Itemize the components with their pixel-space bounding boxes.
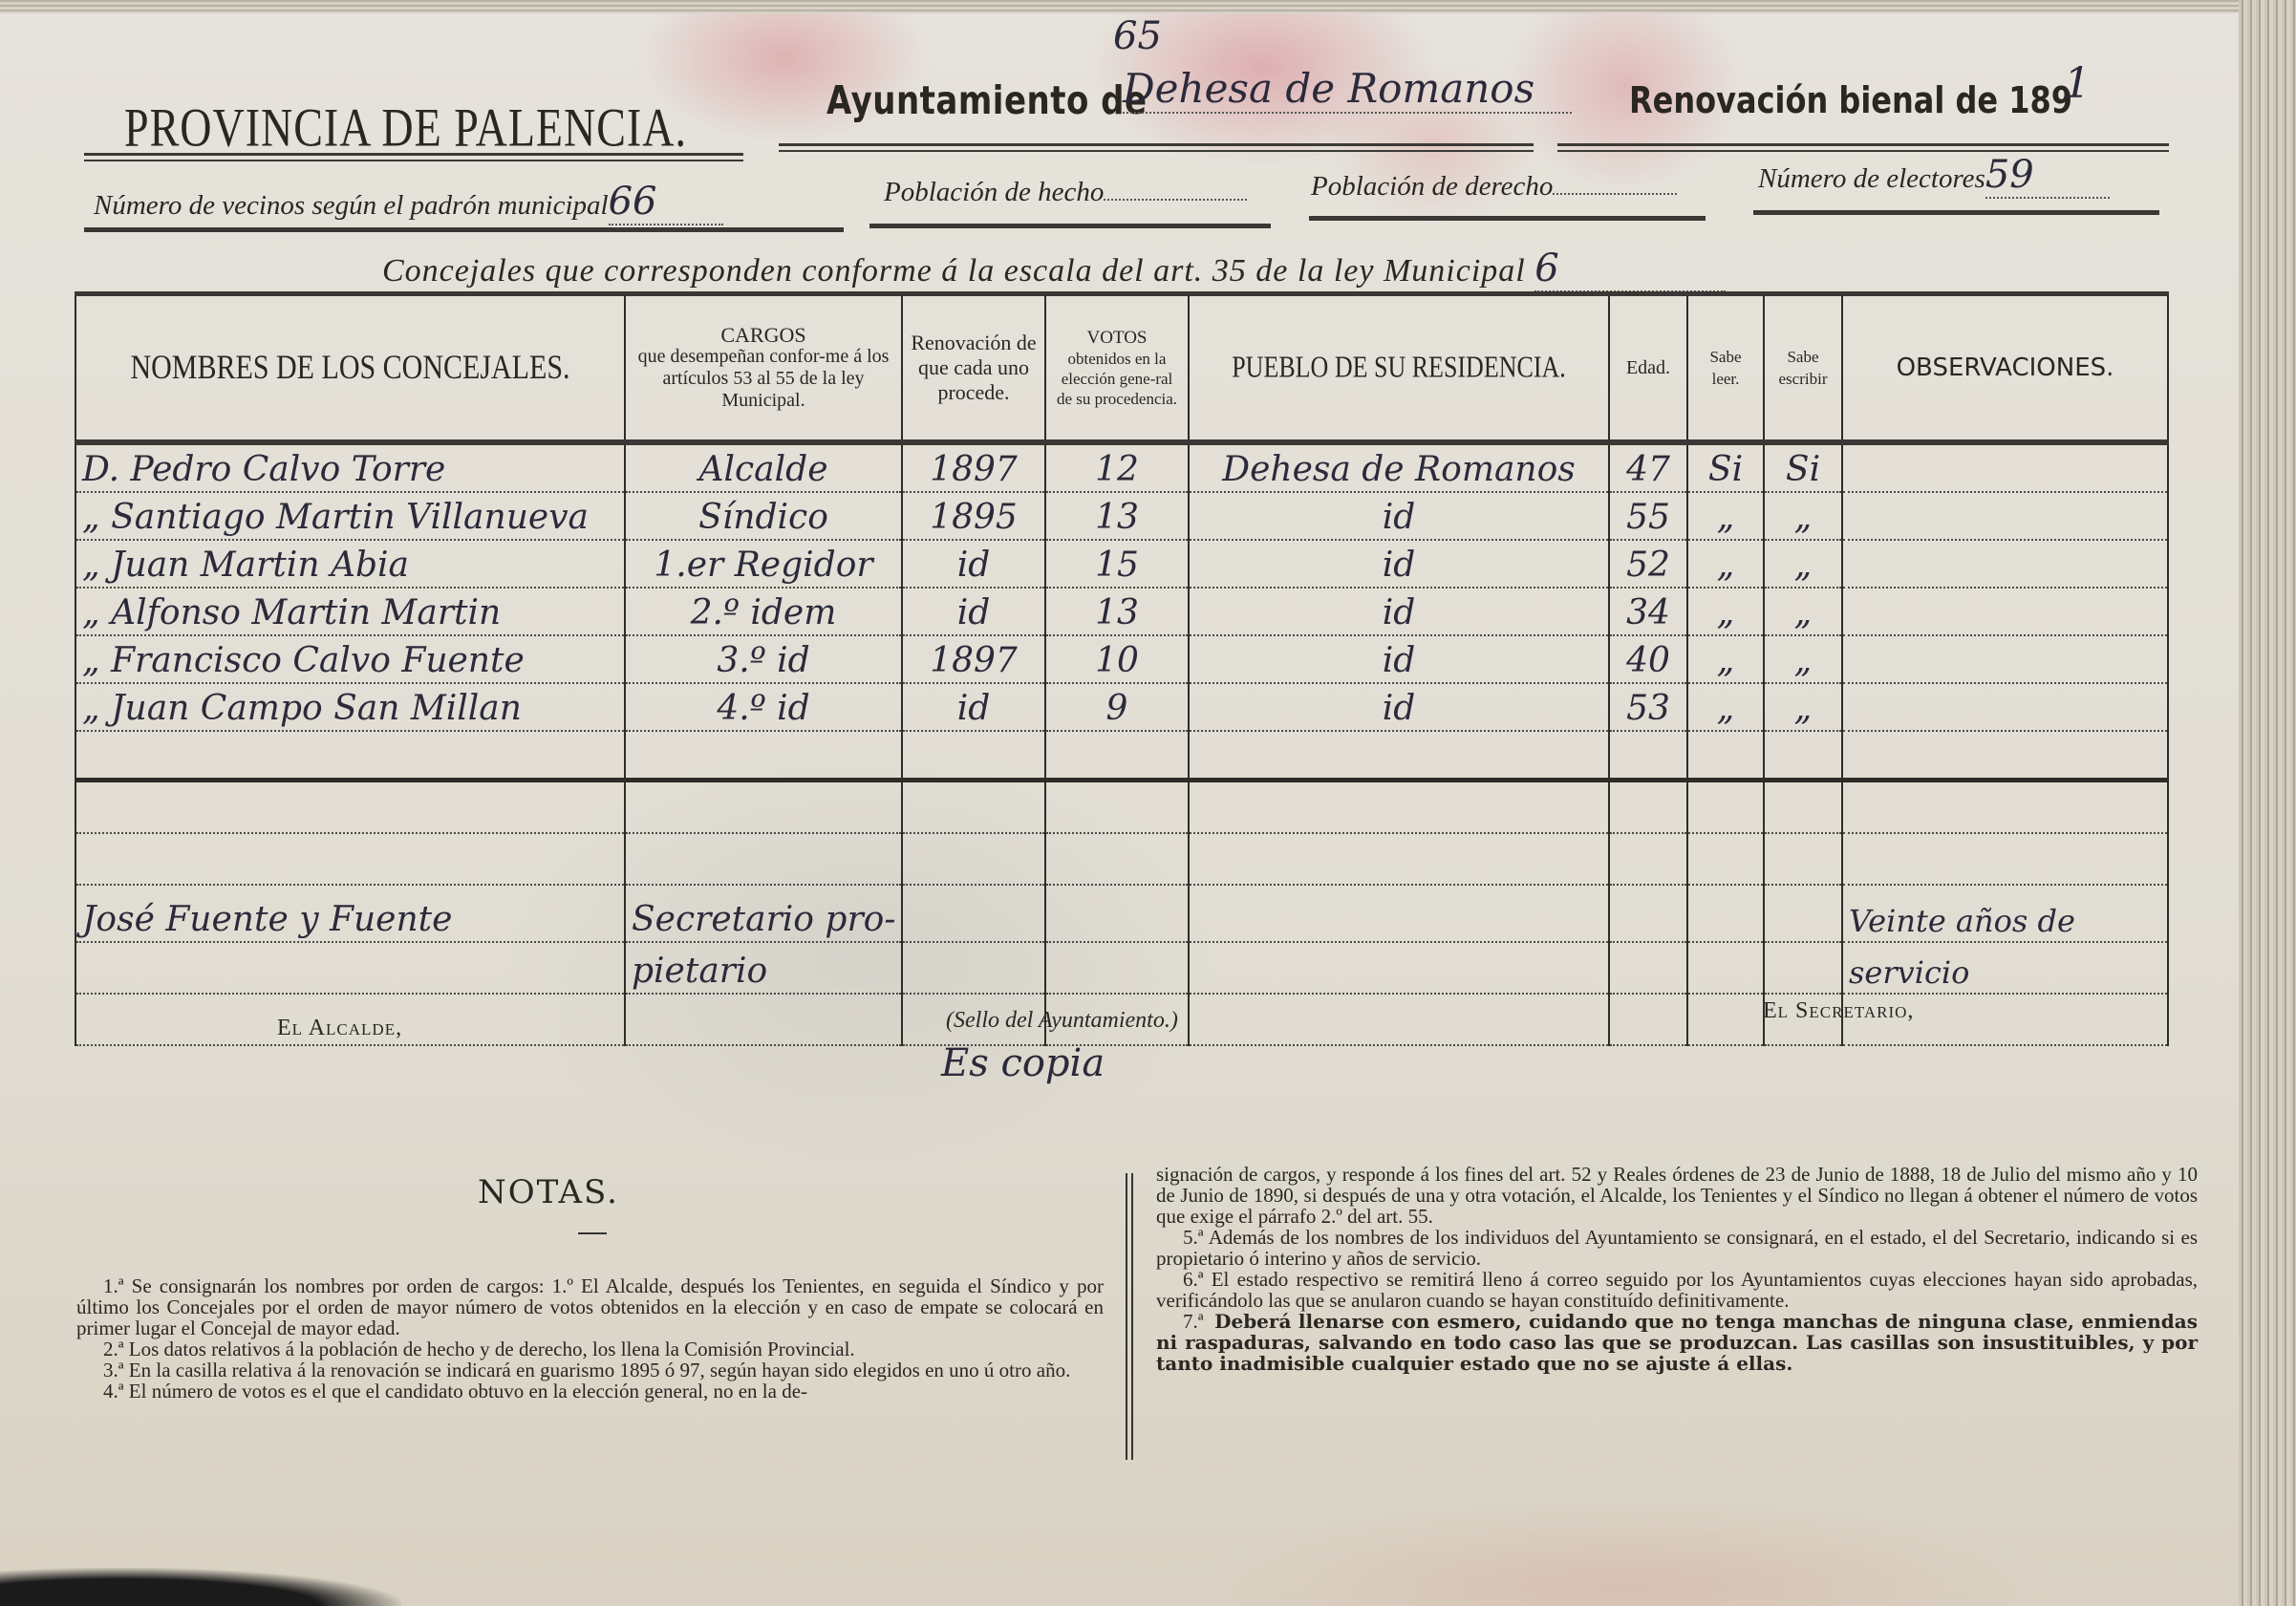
vecinos-value: 66 (609, 180, 723, 225)
cell-votos: 13 (1045, 588, 1189, 635)
page-number: 65 (1113, 14, 1162, 58)
cell-pueblo: id (1189, 540, 1609, 588)
cell-votos: 10 (1045, 635, 1189, 683)
page-top-edge (0, 0, 2296, 13)
poblacion-hecho-field: Población de hecho (884, 170, 1247, 208)
cell-leer: „ (1687, 540, 1764, 588)
secretary-row-cont: pietario servicio (75, 942, 2168, 994)
subtitle-value: 6 (1534, 246, 1726, 292)
cell-obs (1842, 588, 2168, 635)
header-observaciones: OBSERVACIONES. (1842, 294, 2168, 443)
cell-nombre: „ Juan Martin Abia (75, 540, 625, 588)
fields-rule-3 (1309, 216, 1706, 221)
poblacion-hecho-label: Población de hecho (884, 177, 1104, 207)
cell-escribir: „ (1764, 635, 1842, 683)
header-pueblo: PUEBLO DE SU RESIDENCIA. (1189, 294, 1609, 443)
table-row: „ Santiago Martin Villanueva Síndico 189… (75, 492, 2168, 540)
cell-votos: 9 (1045, 683, 1189, 731)
note-7-number: 7.ª (1183, 1310, 1204, 1333)
poblacion-derecho-label: Población de derecho (1311, 171, 1553, 202)
note-item: 5.ª Además de los nombres de los individ… (1156, 1227, 2198, 1269)
notes-title-rule (578, 1232, 607, 1234)
bottom-shadow (0, 1568, 401, 1606)
cell-renovacion: 1897 (902, 442, 1045, 492)
header-rule-middle (779, 143, 1534, 152)
cell-votos: 15 (1045, 540, 1189, 588)
alcalde-signature-label: El Alcalde, (277, 1016, 402, 1041)
notes-left-column: 1.ª Se consignarán los nombres por orden… (76, 1275, 1104, 1402)
cell-pueblo: id (1189, 683, 1609, 731)
cell-cargo: 4.º id (625, 683, 902, 731)
cell-cargo: 2.º idem (625, 588, 902, 635)
cell-escribir: „ (1764, 683, 1842, 731)
blank-row (75, 833, 2168, 885)
fields-rule-1 (84, 227, 844, 232)
cell-edad: 40 (1609, 635, 1687, 683)
table-row: „ Juan Martin Abia 1.er Regidor id 15 id… (75, 540, 2168, 588)
cell-cargo: Alcalde (625, 442, 902, 492)
ayuntamiento-value: Dehesa de Romanos (1123, 65, 1572, 114)
notes-right-column: signación de cargos, y responde á los fi… (1156, 1164, 2198, 1374)
electores-value: 59 (1985, 153, 2110, 199)
cell-escribir: „ (1764, 588, 1842, 635)
electores-field: Número de electores59 (1758, 153, 2110, 199)
cell-nombre: „ Santiago Martin Villanueva (75, 492, 625, 540)
table-row: „ Francisco Calvo Fuente 3.º id 1897 10 … (75, 635, 2168, 683)
cell-nombre: „ Alfonso Martin Martin (75, 588, 625, 635)
cell-secretary-cargo: Secretario pro- (625, 885, 902, 942)
cell-secretary-cargo-cont: pietario (625, 942, 902, 994)
note-item: 6.ª El estado respectivo se remitirá lle… (1156, 1269, 2198, 1311)
cell-renovacion: 1897 (902, 635, 1045, 683)
cell-obs (1842, 635, 2168, 683)
secretario-signature-label: El Secretario, (1763, 998, 1914, 1024)
cell-edad: 34 (1609, 588, 1687, 635)
cell-cargo: Síndico (625, 492, 902, 540)
cell-secretary-obs: Veinte años de (1842, 885, 2168, 942)
document-page: 65 PROVINCIA DE PALENCIA. Ayuntamiento d… (0, 0, 2296, 1606)
cell-leer: „ (1687, 683, 1764, 731)
province-title: PROVINCIA DE PALENCIA. (124, 96, 687, 159)
cell-pueblo: id (1189, 635, 1609, 683)
header-sabe-escribir: Sabe escribir (1764, 294, 1842, 443)
header-rule-left (84, 153, 743, 161)
fields-rule-4 (1753, 210, 2159, 215)
cell-votos: 13 (1045, 492, 1189, 540)
cell-pueblo: id (1189, 588, 1609, 635)
cell-obs (1842, 683, 2168, 731)
table-row: D. Pedro Calvo Torre Alcalde 1897 12 Deh… (75, 442, 2168, 492)
note-continuation: signación de cargos, y responde á los fi… (1156, 1164, 2198, 1227)
cell-cargo: 3.º id (625, 635, 902, 683)
header-edad: Edad. (1609, 294, 1687, 443)
vecinos-label: Número de vecinos según el padrón munici… (94, 190, 609, 221)
cell-edad: 55 (1609, 492, 1687, 540)
cell-renovacion: 1895 (902, 492, 1045, 540)
cell-cargo: 1.er Regidor (625, 540, 902, 588)
note-7-bold-text: Deberá llenarse con esmero, cuidando que… (1156, 1310, 2198, 1375)
cell-renovacion: id (902, 540, 1045, 588)
cell-edad: 52 (1609, 540, 1687, 588)
cell-leer: „ (1687, 588, 1764, 635)
poblacion-derecho-field: Población de derecho (1311, 164, 1677, 203)
cell-escribir: „ (1764, 540, 1842, 588)
cell-leer: Si (1687, 442, 1764, 492)
concejales-subtitle: Concejales que corresponden conforme á l… (382, 246, 1726, 292)
cell-leer: „ (1687, 492, 1764, 540)
fields-rule-2 (869, 224, 1271, 228)
cell-renovacion: id (902, 683, 1045, 731)
concejales-table: NOMBRES DE LOS CONCEJALES. CARGOS que de… (75, 291, 2169, 1046)
cell-edad: 53 (1609, 683, 1687, 731)
secretary-row: José Fuente y Fuente Secretario pro- Vei… (75, 885, 2168, 942)
cell-obs (1842, 540, 2168, 588)
cell-secretary-obs-cont: servicio (1842, 942, 2168, 994)
cell-edad: 47 (1609, 442, 1687, 492)
cell-obs (1842, 442, 2168, 492)
cell-renovacion: id (902, 588, 1045, 635)
cell-nombre: D. Pedro Calvo Torre (75, 442, 625, 492)
renovacion-year-digit: 1 (2064, 59, 2091, 108)
note-item-7: 7.ª Deberá llenarse con esmero, cuidando… (1156, 1311, 2198, 1374)
header-rule-right (1557, 143, 2169, 152)
subtitle-label: Concejales que corresponden conforme á l… (382, 253, 1526, 289)
table-header-row: NOMBRES DE LOS CONCEJALES. CARGOS que de… (75, 294, 2168, 443)
cell-pueblo: id (1189, 492, 1609, 540)
header-cargos: CARGOS que desempeñan confor-me á los ar… (625, 294, 902, 443)
notes-title: NOTAS. (478, 1173, 619, 1211)
poblacion-hecho-value (1104, 170, 1247, 201)
cell-nombre: „ Juan Campo San Millan (75, 683, 625, 731)
separator-row (75, 731, 2168, 781)
notes-column-divider (1126, 1173, 1133, 1460)
ayuntamiento-label: Ayuntamiento de (826, 78, 1148, 124)
cell-pueblo: Dehesa de Romanos (1189, 442, 1609, 492)
vecinos-field: Número de vecinos según el padrón munici… (94, 180, 723, 225)
book-page-edges (2239, 0, 2296, 1606)
cell-obs (1842, 492, 2168, 540)
header-votos: VOTOS obtenidos en la elección gene-ral … (1045, 294, 1189, 443)
electores-label: Número de electores (1758, 163, 1985, 194)
blank-row (75, 781, 2168, 834)
seal-label: (Sello del Ayuntamiento.) (946, 1008, 1178, 1034)
poblacion-derecho-value (1553, 164, 1677, 195)
cell-leer: „ (1687, 635, 1764, 683)
cell-escribir: „ (1764, 492, 1842, 540)
cell-secretary-name: José Fuente y Fuente (75, 885, 625, 942)
es-copia-annotation: Es copia (941, 1041, 1105, 1085)
note-item: 2.ª Los datos relativos á la población d… (76, 1338, 1104, 1360)
note-item: 1.ª Se consignarán los nombres por orden… (76, 1275, 1104, 1338)
header-renovacion: Renovación de que cada uno procede. (902, 294, 1045, 443)
cell-escribir: Si (1764, 442, 1842, 492)
table-row: „ Alfonso Martin Martin 2.º idem id 13 i… (75, 588, 2168, 635)
renovacion-label: Renovación bienal de 189 (1629, 78, 2072, 122)
note-item: 4.ª El número de votos es el que el cand… (76, 1381, 1104, 1402)
header-sabe-leer: Sabe leer. (1687, 294, 1764, 443)
cell-nombre: „ Francisco Calvo Fuente (75, 635, 625, 683)
cell-votos: 12 (1045, 442, 1189, 492)
header-nombres: NOMBRES DE LOS CONCEJALES. (75, 294, 625, 443)
table-row: „ Juan Campo San Millan 4.º id id 9 id 5… (75, 683, 2168, 731)
note-item: 3.ª En la casilla relativa á la renovaci… (76, 1360, 1104, 1381)
